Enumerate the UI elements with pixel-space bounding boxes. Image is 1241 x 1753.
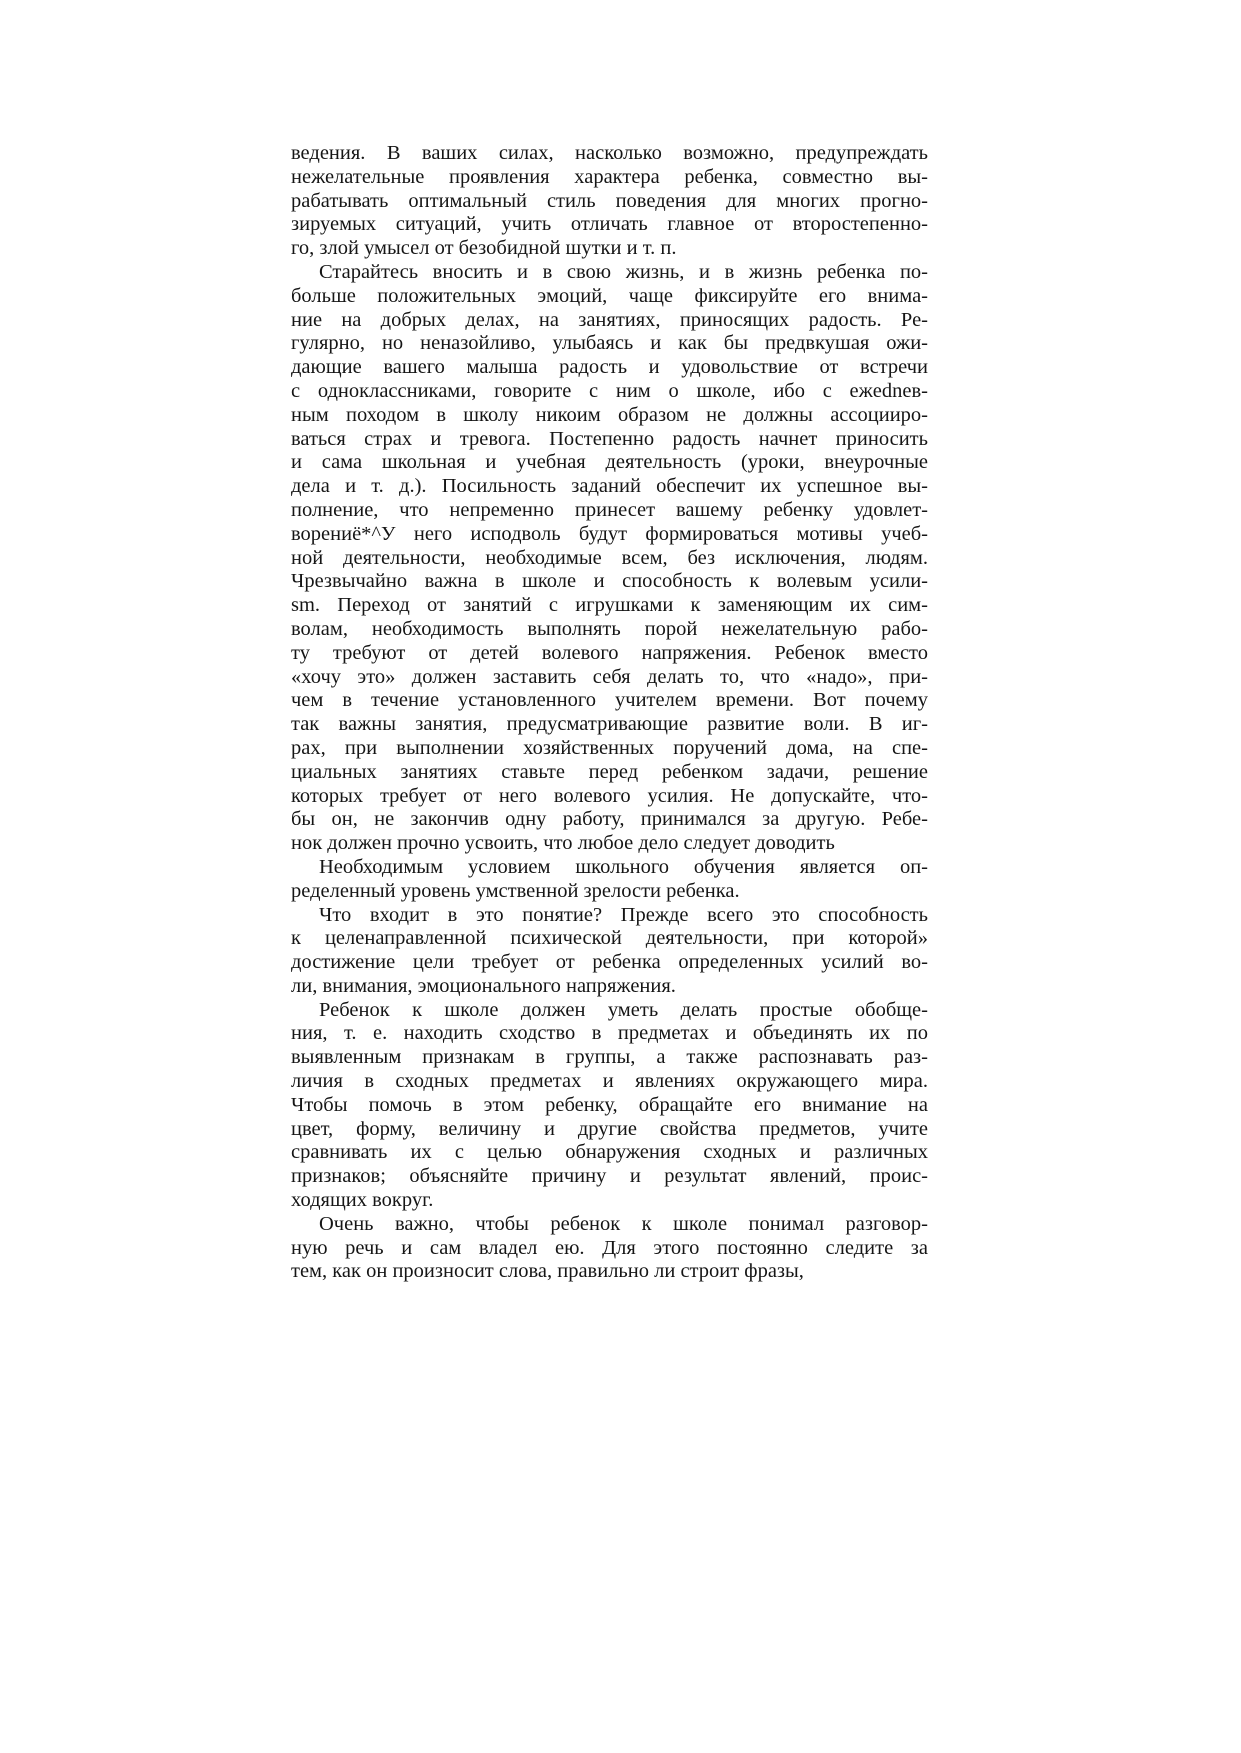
paragraph: Очень важно, чтобы ребенок к школе поним… — [291, 1213, 928, 1284]
text-line: тем, как он произносит слова, правильно … — [291, 1260, 928, 1284]
text-line: волам, необходимость выполнять порой неж… — [291, 618, 928, 642]
text-line: которых требует от него волевого усилия.… — [291, 785, 928, 809]
text-line: ние на добрых делах, на занятиях, принос… — [291, 309, 928, 333]
text-line: ным походом в школу никоим образом не до… — [291, 404, 928, 428]
text-line: ную речь и сам владел ею. Для этого пост… — [291, 1237, 928, 1261]
paragraph: Необходимым условием школьного обучения … — [291, 856, 928, 904]
text-line: личия в сходных предметах и явлениях окр… — [291, 1070, 928, 1094]
text-line: Что входит в это понятие? Прежде всего э… — [291, 904, 928, 928]
text-line: нок должен прочно усвоить, что любое дел… — [291, 832, 928, 856]
text-line: чем в течение установленного учителем вр… — [291, 689, 928, 713]
text-line: сравнивать их с целью обнаружения сходны… — [291, 1141, 928, 1165]
text-line: выявленным признакам в группы, а также р… — [291, 1046, 928, 1070]
text-line: Старайтесь вносить и в свою жизнь, и в ж… — [291, 261, 928, 285]
book-page: ведения. В ваших силах, насколько возмож… — [0, 0, 1241, 1753]
text-line: нежелательные проявления характера ребен… — [291, 166, 928, 190]
text-line: дающие вашего малыша радость и удовольст… — [291, 356, 928, 380]
text-line: зируемых ситуаций, учить отличать главно… — [291, 213, 928, 237]
text-line: Чтобы помочь в этом ребенку, обращайте е… — [291, 1094, 928, 1118]
body-text: ведения. В ваших силах, насколько возмож… — [291, 142, 928, 1284]
text-line: ния, т. е. находить сходство в предметах… — [291, 1022, 928, 1046]
text-line: ходящих вокруг. — [291, 1189, 928, 1213]
text-line: достижение цели требует от ребенка опред… — [291, 951, 928, 975]
text-line: цвет, форму, величину и другие свойства … — [291, 1118, 928, 1142]
text-line: ваться страх и тревога. Постепенно радос… — [291, 428, 928, 452]
text-line: Ребенок к школе должен уметь делать прос… — [291, 999, 928, 1023]
paragraph: Что входит в это понятие? Прежде всего э… — [291, 904, 928, 999]
text-line: признаков; объясняйте причину и результа… — [291, 1165, 928, 1189]
text-line: го, злой умысел от безобидной шутки и т.… — [291, 237, 928, 261]
text-line: больше положительных эмоций, чаще фиксир… — [291, 285, 928, 309]
text-line: дела и т. д.). Посильность заданий обесп… — [291, 475, 928, 499]
text-line: Необходимым условием школьного обучения … — [291, 856, 928, 880]
text-line: ределенный уровень умственной зрелости р… — [291, 880, 928, 904]
text-line: ворениё*^У него исподволь будут формиров… — [291, 523, 928, 547]
text-line: ведения. В ваших силах, насколько возмож… — [291, 142, 928, 166]
text-line: и сама школьная и учебная деятельность (… — [291, 451, 928, 475]
text-line: с одноклассниками, говорите с ним о школ… — [291, 380, 928, 404]
text-line: рабатывать оптимальный стиль поведения д… — [291, 190, 928, 214]
text-line: «хочу это» должен заставить себя делать … — [291, 666, 928, 690]
text-line: ту требуют от детей волевого напряжения.… — [291, 642, 928, 666]
text-line: sm. Переход от занятий с игрушками к зам… — [291, 594, 928, 618]
text-line: к целенаправленной психической деятельно… — [291, 927, 928, 951]
text-line: Очень важно, чтобы ребенок к школе поним… — [291, 1213, 928, 1237]
text-line: полнение, что непременно принесет вашему… — [291, 499, 928, 523]
text-line: бы он, не закончив одну работу, принимал… — [291, 808, 928, 832]
text-line: гулярно, но неназойливо, улыбаясь и как … — [291, 332, 928, 356]
text-line: Чрезвычайно важна в школе и способность … — [291, 570, 928, 594]
text-line: так важны занятия, предусматривающие раз… — [291, 713, 928, 737]
text-line: циальных занятиях ставьте перед ребенком… — [291, 761, 928, 785]
text-line: ли, внимания, эмоционального напряжения. — [291, 975, 928, 999]
text-line: ной деятельности, необходимые всем, без … — [291, 547, 928, 571]
paragraph: Ребенок к школе должен уметь делать прос… — [291, 999, 928, 1213]
text-line: рах, при выполнении хозяйственных поруче… — [291, 737, 928, 761]
paragraph: Старайтесь вносить и в свою жизнь, и в ж… — [291, 261, 928, 856]
paragraph: ведения. В ваших силах, насколько возмож… — [291, 142, 928, 261]
